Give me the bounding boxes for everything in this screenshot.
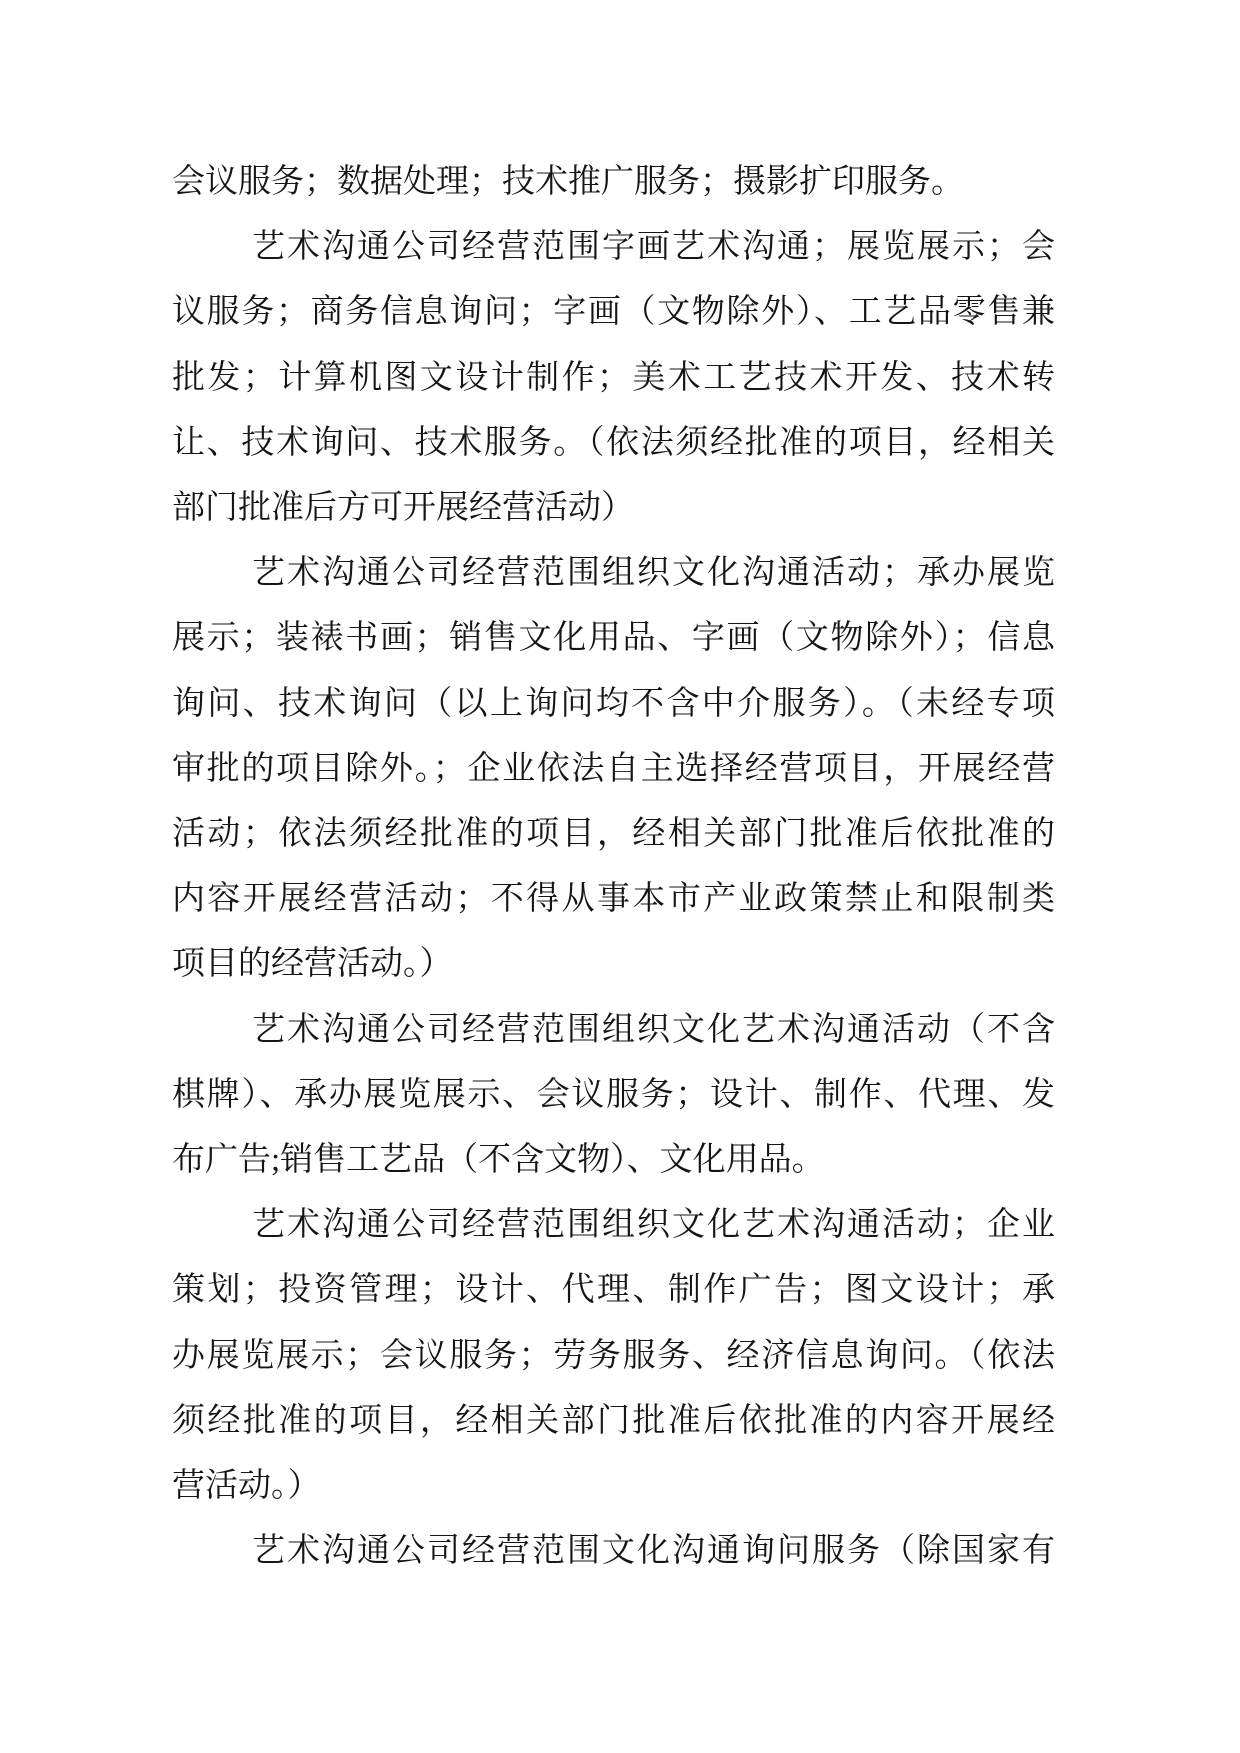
text-line: 艺术沟通公司经营范围文化沟通询问服务（除国家有 bbox=[172, 1519, 1055, 1584]
text-line: 营活动。） bbox=[172, 1454, 1055, 1519]
text-line: 审批的项目除外。；企业依法自主选择经营项目，开展经营 bbox=[172, 737, 1055, 802]
text-line: 内容开展经营活动；不得从事本市产业政策禁止和限制类 bbox=[172, 867, 1055, 932]
text-line: 办展览展示；会议服务；劳务服务、经济信息询问。（依法 bbox=[172, 1324, 1055, 1389]
text-line: 须经批准的项目，经相关部门批准后依批准的内容开展经 bbox=[172, 1389, 1055, 1454]
text-line: 项目的经营活动。） bbox=[172, 932, 1055, 997]
text-line: 让、技术询问、技术服务。（依法须经批准的项目，经相关 bbox=[172, 411, 1055, 476]
text-line: 布广告;销售工艺品（不含文物）、文化用品。 bbox=[172, 1128, 1055, 1193]
text-line: 艺术沟通公司经营范围组织文化艺术沟通活动（不含 bbox=[172, 998, 1055, 1063]
text-line: 艺术沟通公司经营范围字画艺术沟通；展览展示；会 bbox=[172, 215, 1055, 280]
text-line: 会议服务；数据处理；技术推广服务；摄影扩印服务。 bbox=[172, 150, 1055, 215]
text-line: 询问、技术询问（以上询问均不含中介服务）。（未经专项 bbox=[172, 672, 1055, 737]
text-line: 棋牌）、承办展览展示、会议服务；设计、制作、代理、发 bbox=[172, 1063, 1055, 1128]
text-line: 部门批准后方可开展经营活动） bbox=[172, 476, 1055, 541]
document-text: 会议服务；数据处理；技术推广服务；摄影扩印服务。 艺术沟通公司经营范围字画艺术沟… bbox=[172, 150, 1055, 1584]
text-line: 艺术沟通公司经营范围组织文化沟通活动；承办展览 bbox=[172, 541, 1055, 606]
text-line: 批发；计算机图文设计制作；美术工艺技术开发、技术转 bbox=[172, 346, 1055, 411]
text-line: 议服务；商务信息询问；字画（文物除外）、工艺品零售兼 bbox=[172, 280, 1055, 345]
text-line: 艺术沟通公司经营范围组织文化艺术沟通活动；企业 bbox=[172, 1193, 1055, 1258]
text-line: 展示；装裱书画；销售文化用品、字画（文物除外）；信息 bbox=[172, 606, 1055, 671]
text-line: 活动；依法须经批准的项目，经相关部门批准后依批准的 bbox=[172, 802, 1055, 867]
document-page: 会议服务；数据处理；技术推广服务；摄影扩印服务。 艺术沟通公司经营范围字画艺术沟… bbox=[0, 0, 1240, 1753]
text-line: 策划；投资管理；设计、代理、制作广告；图文设计；承 bbox=[172, 1258, 1055, 1323]
